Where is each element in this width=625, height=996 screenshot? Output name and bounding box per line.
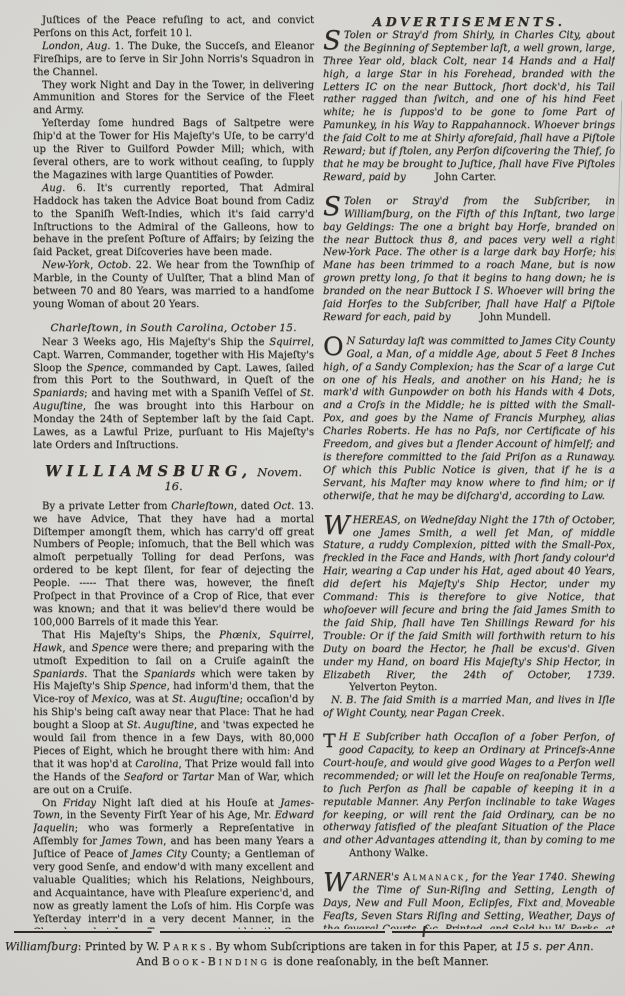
advert-text: TH E Subſcriber hath Occaſion of a ſober… (323, 732, 615, 861)
advert-committed-runaway: ON Saturday laſt was committed to James … (323, 336, 615, 504)
drop-cap: T (323, 733, 336, 749)
imprint-footer: Williamſburg: Printed by W. Parks. By wh… (0, 931, 625, 968)
page-columns: Juſtices of the Peace refuſing to act, a… (33, 15, 615, 929)
news-paragraph-justices: Juſtices of the Peace refuſing to act, a… (33, 15, 314, 41)
advert-body-text: ARNER's Almanack, for the Year 1740. She… (323, 872, 615, 929)
section-heading-williamsburg: WILLIAMSBURG, Novem. 16. (35, 465, 312, 493)
imprint-line-2: And Book-Binding is done reaſonably, in … (0, 955, 625, 968)
advert-ordinary-keeper: TH E Subſcriber hath Occaſion of a ſober… (323, 732, 615, 861)
advert-body-text: Tolen or Stray'd from Shirly, in Charles… (323, 30, 615, 183)
advert-body-text: HEREAS, on Wedneſday Night the 17th of O… (323, 515, 615, 694)
advert-text: ON Saturday laſt was committed to James … (323, 336, 615, 504)
advert-nota-bene: N. B. The ſaid Smith is a married Man, a… (323, 695, 615, 721)
advert-text: STolen or Stray'd from the Subſcriber, i… (323, 196, 615, 325)
news-paragraph-tower: They work Night and Day in the Tower, in… (33, 80, 314, 119)
advert-stolen-geldings: STolen or Stray'd from the Subſcriber, i… (323, 196, 615, 325)
newspaper-page: Juſtices of the Peace refuſing to act, a… (0, 0, 625, 996)
advert-warners-almanack: WARNER's Almanack, for the Year 1740. Sh… (323, 872, 615, 929)
section-heading-charlestown: Charleſtown, in South Carolina, October … (33, 322, 314, 335)
news-paragraph-london: London, Aug. 1. The Duke, the Succeſs, a… (33, 41, 314, 80)
advert-stolen-colt: STolen or Stray'd from Shirly, in Charle… (323, 30, 615, 185)
news-paragraph-ships: That His Majeſty's Ships, the Phœnix, Sq… (33, 630, 314, 798)
drop-cap: W (323, 873, 350, 893)
news-paragraph-newyork: New-York, Octob. 22. We hear from the To… (33, 260, 314, 312)
drop-cap: S (323, 197, 341, 217)
drop-cap: S (323, 31, 341, 51)
advert-body-text: Tolen or Stray'd from the Subſcriber, in… (323, 196, 615, 323)
footer-rule (14, 931, 612, 933)
news-paragraph-saltpetre: Yeſterday ſome hundred Bags of Saltpetre… (33, 118, 314, 183)
advert-deserter-notice: WHEREAS, on Wedneſday Night the 17th of … (323, 515, 615, 722)
news-column: Juſtices of the Peace refuſing to act, a… (33, 15, 314, 929)
advert-text: WARNER's Almanack, for the Year 1740. Sh… (323, 872, 615, 929)
advert-body-text: N Saturday laſt was committed to James C… (323, 336, 615, 502)
drop-cap: W (323, 516, 350, 536)
advertisements-heading: ADVERTISEMENTS. (323, 16, 615, 29)
news-paragraph-distemper: By a private Letter from Charleſtown, da… (33, 501, 314, 630)
news-paragraph-jaquelin-obituary: On Friday Night laſt died at his Houſe a… (33, 798, 314, 929)
news-paragraph-squirrel: Near 3 Weeks ago, His Majeſty's Ship the… (33, 337, 314, 453)
advert-text: WHEREAS, on Wedneſday Night the 17th of … (323, 515, 615, 696)
advert-body-text: H E Subſcriber hath Occaſion of a ſober … (323, 732, 615, 859)
drop-cap: O (323, 337, 344, 357)
advertisements-column: ADVERTISEMENTS. STolen or Stray'd from S… (323, 15, 615, 929)
news-paragraph-haddock: Aug. 6. It's currently reported, That Ad… (33, 183, 314, 260)
advert-text: STolen or Stray'd from Shirly, in Charle… (323, 30, 615, 185)
imprint-line-1: Williamſburg: Printed by W. Parks. By wh… (0, 940, 625, 953)
dateline-city: WILLIAMSBURG, (45, 463, 252, 480)
